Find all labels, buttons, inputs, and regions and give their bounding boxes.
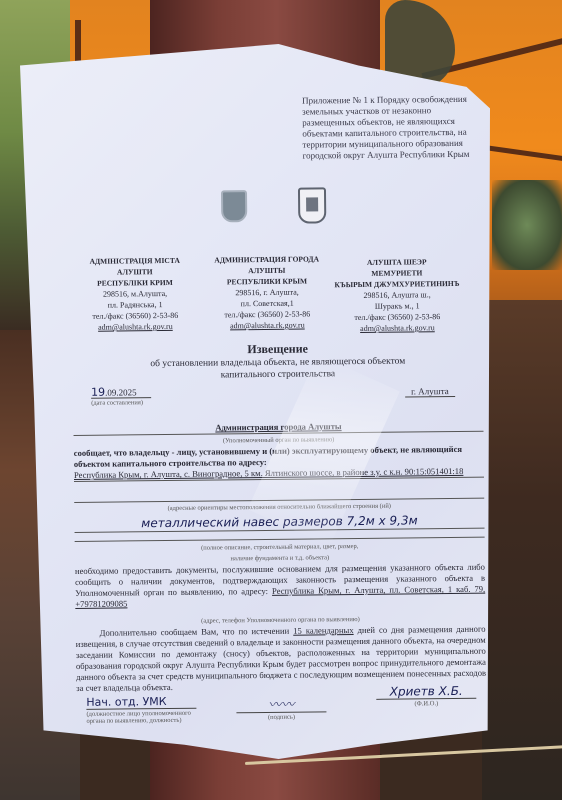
deadline: 15 календарных [293,625,353,636]
appendix-reference: Приложение № 1 к Порядку освобождения зе… [302,94,473,162]
signature-hint: (подпись) [236,713,326,721]
org-email: adm@alushta.rk.gov.ru [332,322,462,334]
signature: 〰〰 (подпись) [236,693,326,721]
org-email: adm@alushta.rk.gov.ru [70,321,200,333]
notify-section: сообщает, что владельцу - лицу, установи… [74,444,484,482]
org-header-ukrainian: АДМІНІСТРАЦІЯ МІСТА АЛУШТИ РЕСПУБЛІКИ КР… [70,255,201,333]
requirement-section: необходимо предоставить документы, послу… [75,562,485,610]
official-position-value: Нач. отд. УМК [86,695,196,710]
date-hint: (дата составления) [91,399,151,407]
signature-scribble: 〰〰 [236,693,326,713]
city: г. Алушта [405,386,455,398]
notice-document: Приложение № 1 к Порядку освобождения зе… [70,94,487,738]
org-email: adm@alushta.rk.gov.ru [202,319,332,331]
date-value: 19.09.2025 [91,387,151,399]
official-name: Хриетв Х.Б. (Ф.И.О.) [376,684,476,708]
org-header-crimean-tatar: АЛУШТА ШЕЭР МЕМУРИЕТИ КЪЫРЫМ ДЖУМХУРИЕТИ… [332,256,463,334]
alushta-coat-of-arms-icon [298,187,326,223]
date-month-year: .09.2025 [105,387,137,397]
official-position-hint: (должностное лицо уполномоченного органа… [86,710,196,725]
official-position: Нач. отд. УМК (должностное лицо уполномо… [86,695,196,725]
crimea-coat-of-arms-icon [221,190,247,222]
signature-block: Нач. отд. УМК (должностное лицо уполномо… [76,692,486,736]
description-section: металлический навес размеров 7,2м х 9,3м… [74,512,485,566]
official-name-hint: (Ф.И.О.) [376,700,476,708]
date-field: 19.09.2025 (дата составления) [91,385,151,407]
date-day-handwritten: 19 [91,386,105,399]
background-lower-right [482,300,562,800]
official-name-value: Хриетв Х.Б. [376,684,476,700]
notice-subtitle: об установлении владельца объекта, не яв… [133,355,423,382]
description-hint: (полное описание, строительный материал,… [190,541,370,565]
org-name-line: АДМИНИСТРАЦИЯ ГОРОДА [202,253,332,265]
org-headers: АДМІНІСТРАЦІЯ МІСТА АЛУШТИ РЕСПУБЛІКИ КР… [72,252,482,256]
org-header-russian: АДМИНИСТРАЦИЯ ГОРОДА АЛУШТЫ РЕСПУБЛИКИ К… [202,253,333,331]
background-greenery [492,180,562,270]
org-name-line: КЪЫРЫМ ДЖУМХУРИЕТИНИНЪ [332,278,462,290]
emblems [71,186,481,230]
